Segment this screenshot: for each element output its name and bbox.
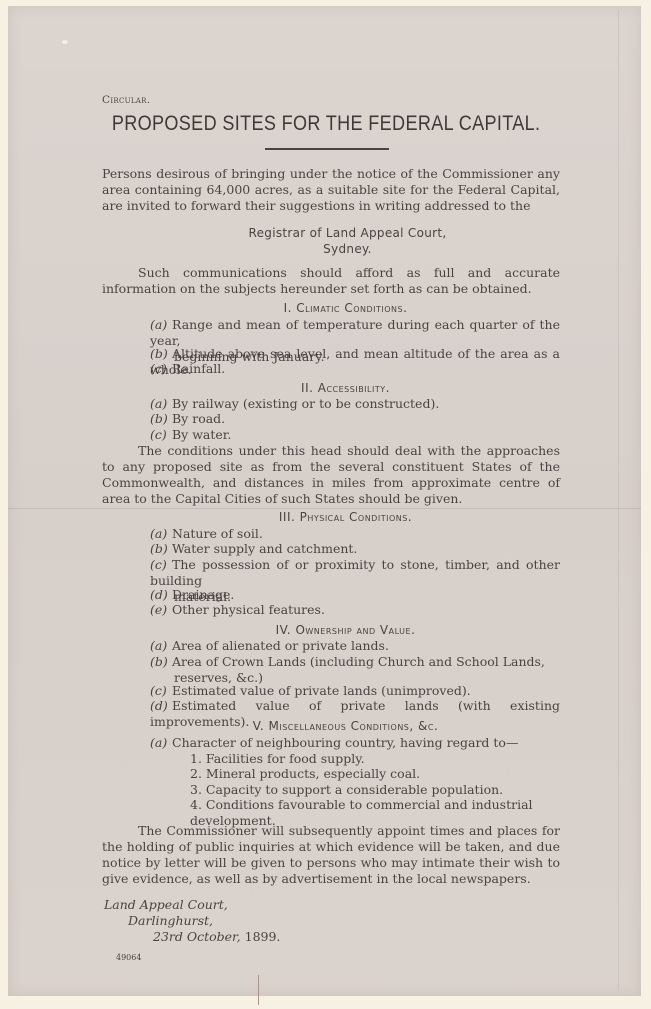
item-label: (e) bbox=[150, 602, 172, 618]
item-text: Estimated value of private lands (unimpr… bbox=[172, 683, 471, 698]
list-item: (c)Rainfall. bbox=[150, 361, 560, 377]
item-text: The possession of or proximity to stone,… bbox=[150, 557, 560, 588]
title-rule bbox=[265, 148, 389, 150]
document-title: PROPOSED SITES FOR THE FEDERAL CAPITAL. bbox=[46, 116, 606, 132]
paper-fold-vertical bbox=[618, 10, 619, 990]
paper-blemish bbox=[62, 40, 68, 44]
sub-item: 3. Capacity to support a considerable po… bbox=[190, 782, 570, 798]
list-item: (a)Nature of soil. bbox=[150, 526, 560, 542]
item-label: (c) bbox=[150, 427, 172, 443]
item-text: Other physical features. bbox=[172, 602, 325, 617]
section-heading-miscellaneous: V. Miscellaneous Conditions, &c. bbox=[0, 718, 651, 734]
paper-tear-mark bbox=[258, 975, 299, 1005]
item-text: By water. bbox=[172, 427, 231, 442]
item-text: Rainfall. bbox=[172, 361, 225, 376]
date-text: 23rd October, bbox=[153, 929, 241, 944]
list-item: (a)Area of alienated or private lands. bbox=[150, 638, 560, 654]
item-text: By road. bbox=[172, 411, 225, 426]
signoff-line-1: Land Appeal Court, bbox=[104, 897, 228, 913]
item-label: (d) bbox=[150, 698, 172, 714]
print-number: 49064 bbox=[116, 950, 141, 966]
item-text: Drainage. bbox=[172, 587, 234, 602]
circular-label: Circular. bbox=[102, 92, 150, 108]
intro-paragraph: Persons desirous of bringing under the n… bbox=[102, 166, 560, 214]
sub-item: 1. Facilities for food supply. bbox=[190, 751, 570, 767]
item-label: (d) bbox=[150, 587, 172, 603]
address-line-2: Sydney. bbox=[0, 241, 651, 257]
item-label: (b) bbox=[150, 654, 172, 670]
list-item: (c)Estimated value of private lands (uni… bbox=[150, 683, 560, 699]
list-item: (d)Drainage. bbox=[150, 587, 560, 603]
accessibility-note: The conditions under this head should de… bbox=[102, 443, 560, 507]
item-text: Area of alienated or private lands. bbox=[172, 638, 389, 653]
item-text: Area of Crown Lands (including Church an… bbox=[172, 654, 545, 669]
item-text: Range and mean of temperature during eac… bbox=[150, 317, 560, 348]
section-heading-ownership: IV. Ownership and Value. bbox=[0, 622, 651, 638]
item-label: (c) bbox=[150, 683, 172, 699]
list-item: (e)Other physical features. bbox=[150, 602, 560, 618]
item-label: (b) bbox=[150, 411, 172, 427]
item-label: (a) bbox=[150, 526, 172, 542]
address-line-1: Registrar of Land Appeal Court, bbox=[0, 225, 651, 241]
item-label: (c) bbox=[150, 361, 172, 377]
instructions-paragraph: Such communications should afford as ful… bbox=[102, 265, 560, 297]
sub-item: 2. Mineral products, especially coal. bbox=[190, 766, 570, 782]
item-text: Character of neighbouring country, havin… bbox=[172, 735, 518, 750]
item-label: (a) bbox=[150, 317, 172, 333]
list-item: (c)By water. bbox=[150, 427, 560, 443]
section-heading-physical: III. Physical Conditions. bbox=[0, 509, 651, 525]
item-label: (a) bbox=[150, 396, 172, 412]
list-item: (a)By railway (existing or to be constru… bbox=[150, 396, 560, 412]
list-item: (b)Area of Crown Lands (including Church… bbox=[150, 654, 560, 686]
item-text: Water supply and catchment. bbox=[172, 541, 357, 556]
item-label: (a) bbox=[150, 735, 172, 751]
intro-text: Persons desirous of bringing under the n… bbox=[102, 166, 560, 213]
item-label: (b) bbox=[150, 541, 172, 557]
closing-paragraph: The Commissioner will subsequently appoi… bbox=[102, 823, 560, 887]
item-text: Nature of soil. bbox=[172, 526, 263, 541]
year-text: 1899. bbox=[241, 929, 281, 944]
signoff-date: 23rd October, 1899. bbox=[153, 929, 280, 945]
item-label: (b) bbox=[150, 346, 172, 362]
section-heading-accessibility: II. Accessibility. bbox=[0, 380, 651, 396]
signoff-line-2: Darlinghurst, bbox=[128, 913, 213, 929]
section-heading-climatic: I. Climatic Conditions. bbox=[0, 300, 651, 316]
item-text: By railway (existing or to be constructe… bbox=[172, 396, 439, 411]
item-label: (c) bbox=[150, 557, 172, 573]
list-item: (b)Water supply and catchment. bbox=[150, 541, 560, 557]
list-item: (a)Character of neighbouring country, ha… bbox=[150, 735, 560, 751]
list-item: (b)By road. bbox=[150, 411, 560, 427]
item-label: (a) bbox=[150, 638, 172, 654]
